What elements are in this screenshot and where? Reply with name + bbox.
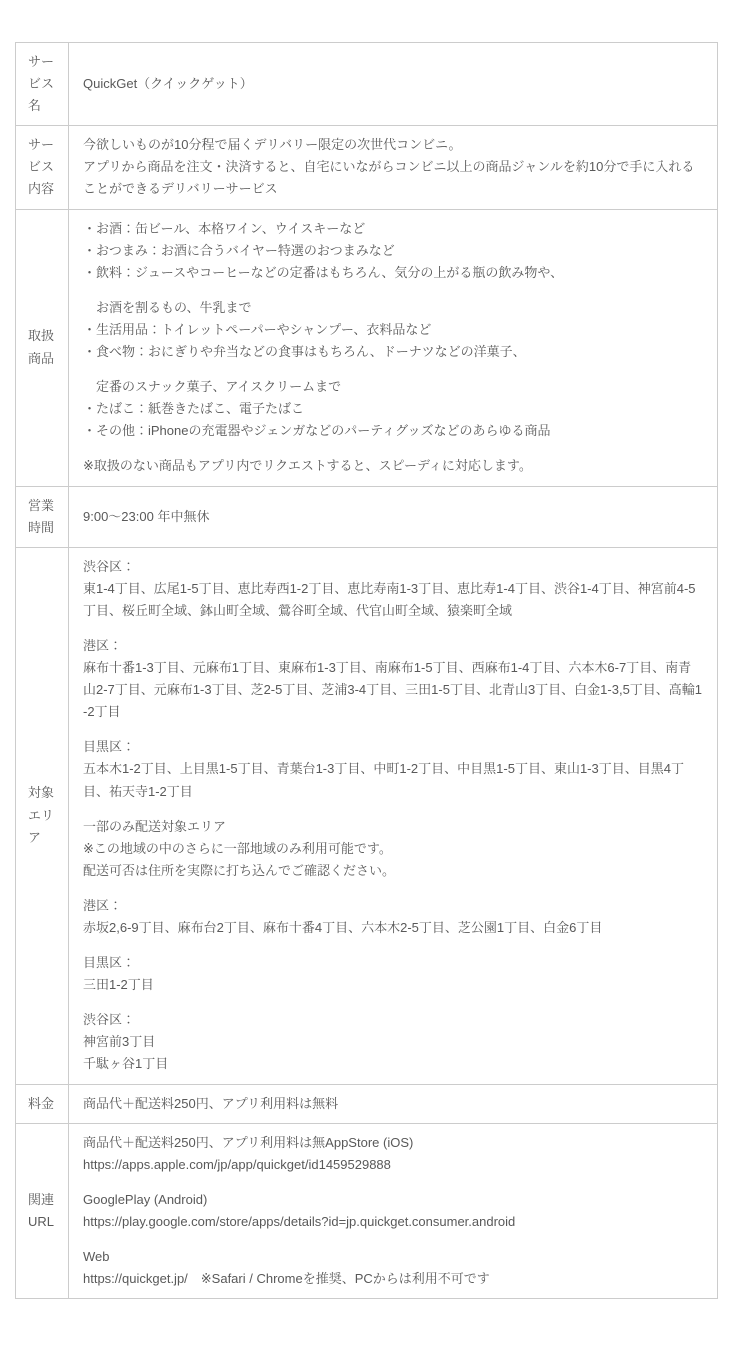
content-paragraph: 今欲しいものが10分程で届くデリバリー限定の次世代コンビニ。アプリから商品を注文… xyxy=(83,134,703,200)
service-info-table: サービス名 QuickGet（クイックゲット） サービス内容 今欲しいものが10… xyxy=(15,42,718,1299)
table-row: 対象エリア 渋谷区：東1-4丁目、広尾1-5丁目、恵比寿西1-2丁目、恵比寿南1… xyxy=(16,547,718,1084)
row-label: 営業時間 xyxy=(16,486,69,547)
row-content: 商品代＋配送料250円、アプリ利用料は無AppStore (iOS)https:… xyxy=(69,1123,718,1299)
page-container: サービス名 QuickGet（クイックゲット） サービス内容 今欲しいものが10… xyxy=(0,0,740,1299)
content-paragraph: 一部のみ配送対象エリア※この地域の中のさらに一部地域のみ利用可能です。配送可否は… xyxy=(83,816,703,882)
row-content: 今欲しいものが10分程で届くデリバリー限定の次世代コンビニ。アプリから商品を注文… xyxy=(69,126,718,209)
content-paragraph: 目黒区：三田1-2丁目 xyxy=(83,952,703,996)
row-content: QuickGet（クイックゲット） xyxy=(69,43,718,126)
row-content: 渋谷区：東1-4丁目、広尾1-5丁目、恵比寿西1-2丁目、恵比寿南1-3丁目、恵… xyxy=(69,547,718,1084)
content-paragraph: ・お酒：缶ビール、本格ワイン、ウイスキーなど・おつまみ：お酒に合うバイヤー特選の… xyxy=(83,218,703,284)
table-row: 料金 商品代＋配送料250円、アプリ利用料は無料 xyxy=(16,1084,718,1123)
content-paragraph: 9:00〜23:00 年中無休 xyxy=(83,506,703,528)
content-paragraph: QuickGet（クイックゲット） xyxy=(83,73,703,95)
content-paragraph: ※取扱のない商品もアプリ内でリクエストすると、スピーディに対応します。 xyxy=(83,455,703,477)
table-row: サービス内容 今欲しいものが10分程で届くデリバリー限定の次世代コンビニ。アプリ… xyxy=(16,126,718,209)
content-paragraph: 渋谷区：東1-4丁目、広尾1-5丁目、恵比寿西1-2丁目、恵比寿南1-3丁目、恵… xyxy=(83,556,703,622)
content-paragraph: 港区：赤坂2,6-9丁目、麻布台2丁目、麻布十番4丁目、六本木2-5丁目、芝公園… xyxy=(83,895,703,939)
table-row: 取扱商品 ・お酒：缶ビール、本格ワイン、ウイスキーなど・おつまみ：お酒に合うバイ… xyxy=(16,209,718,486)
row-label: 取扱商品 xyxy=(16,209,69,486)
content-paragraph: GooglePlay (Android)https://play.google.… xyxy=(83,1189,703,1233)
row-label: 料金 xyxy=(16,1084,69,1123)
row-content: 商品代＋配送料250円、アプリ利用料は無料 xyxy=(69,1084,718,1123)
row-label: 関連URL xyxy=(16,1123,69,1299)
content-paragraph: 商品代＋配送料250円、アプリ利用料は無AppStore (iOS)https:… xyxy=(83,1132,703,1176)
row-label: サービス名 xyxy=(16,43,69,126)
content-paragraph: 渋谷区：神宮前3丁目千駄ヶ谷1丁目 xyxy=(83,1009,703,1075)
row-label: サービス内容 xyxy=(16,126,69,209)
row-content: 9:00〜23:00 年中無休 xyxy=(69,486,718,547)
content-paragraph: 港区：麻布十番1-3丁目、元麻布1丁目、東麻布1-3丁目、南麻布1-5丁目、西麻… xyxy=(83,635,703,723)
content-paragraph: 目黒区：五本木1-2丁目、上目黒1-5丁目、青葉台1-3丁目、中町1-2丁目、中… xyxy=(83,736,703,802)
table-row: サービス名 QuickGet（クイックゲット） xyxy=(16,43,718,126)
content-paragraph: お酒を割るもの、牛乳まで・生活用品：トイレットペーパーやシャンプー、衣料品など・… xyxy=(83,297,703,363)
service-table-body: サービス名 QuickGet（クイックゲット） サービス内容 今欲しいものが10… xyxy=(16,43,718,1299)
content-paragraph: 定番のスナック菓子、アイスクリームまで・たばこ：紙巻きたばこ、電子たばこ・その他… xyxy=(83,376,703,442)
content-paragraph: Webhttps://quickget.jp/ ※Safari / Chrome… xyxy=(83,1246,703,1290)
content-paragraph: 商品代＋配送料250円、アプリ利用料は無料 xyxy=(83,1093,703,1115)
table-row: 営業時間 9:00〜23:00 年中無休 xyxy=(16,486,718,547)
table-row: 関連URL 商品代＋配送料250円、アプリ利用料は無AppStore (iOS)… xyxy=(16,1123,718,1299)
row-label: 対象エリア xyxy=(16,547,69,1084)
row-content: ・お酒：缶ビール、本格ワイン、ウイスキーなど・おつまみ：お酒に合うバイヤー特選の… xyxy=(69,209,718,486)
